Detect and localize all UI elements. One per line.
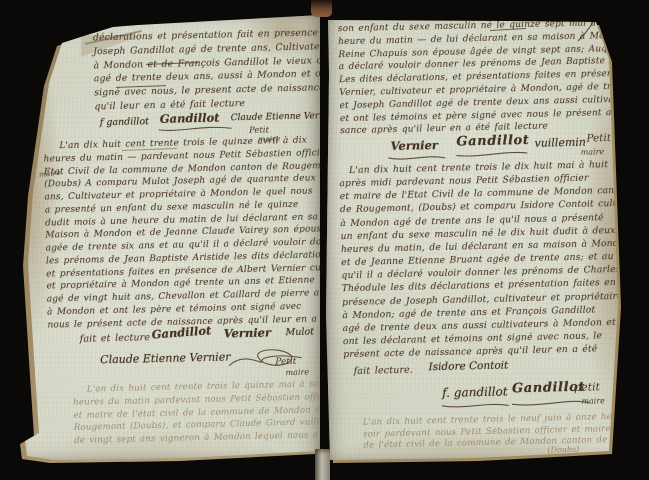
birth-act-section-2: L'an dix huit cent trente trois le dix h… xyxy=(339,157,649,361)
stitch-hole xyxy=(321,96,325,101)
continuation-act-section: son enfant du sexe masculin né le quinze… xyxy=(338,16,649,139)
signature-mulot: Mulot xyxy=(286,326,315,338)
signature-flourish xyxy=(387,153,447,162)
signature-gandillot: Gandillot xyxy=(160,111,220,126)
signature-isidore-contoit: Isidore Contoit xyxy=(428,359,508,373)
signature-petit-2-title: maire xyxy=(285,368,309,378)
signature-flourish xyxy=(440,400,510,410)
signature-claude-etienne-vernier: Claude Etienne Vernier xyxy=(231,111,338,123)
signature-gandillot-r: Gandillot xyxy=(456,133,529,150)
signature-petit-3-title: maire xyxy=(581,396,605,406)
signature-vernier-r: Vernier xyxy=(390,138,438,153)
act-closing-words-2: fait lecture. xyxy=(354,365,414,377)
birth-act-section: L'an dix huit cent trente trois le quinz… xyxy=(43,133,362,331)
signature-flourish xyxy=(510,397,590,409)
signature-claude-etienne-vernier-2: Claude Etienne Vernier xyxy=(100,350,231,366)
right-page-writing: sept mai son enfant du sexe masculin né … xyxy=(326,8,629,465)
stitch-hole xyxy=(320,48,324,53)
faint-act-section-2: L'an dix huit cent trente trois le neuf … xyxy=(363,411,649,453)
left-page: déclarations et présentation fait en pre… xyxy=(25,13,320,463)
signature-gandillot-f-2: f. gandillot xyxy=(442,384,508,399)
signature-gandillot-2: Gandillot xyxy=(151,323,212,341)
signature-petit-2: Petit xyxy=(275,357,296,367)
act-closing-words: fait et lecture xyxy=(80,332,151,345)
binding-knot xyxy=(311,0,332,17)
binding-cord xyxy=(315,449,330,480)
signature-flourish xyxy=(455,149,529,159)
scanned-document-spread: déclarations et présentation fait en pre… xyxy=(0,0,649,480)
signature-petit-r: Petit xyxy=(586,132,611,145)
right-page: sept mai son enfant du sexe masculin né … xyxy=(326,14,619,464)
signature-petit-3: petit xyxy=(574,380,600,394)
signature-gandillot-f: f gandillot xyxy=(100,116,149,128)
signature-vernier: Vernier xyxy=(223,325,271,340)
signature-vuillemin: vuillemin xyxy=(534,136,586,150)
left-page-writing: déclarations et présentation fait en pre… xyxy=(24,7,329,464)
faint-act-section: L'an dix huit cent trente trois le quinz… xyxy=(73,377,363,448)
signature-petit-r-title: maire xyxy=(581,147,605,157)
